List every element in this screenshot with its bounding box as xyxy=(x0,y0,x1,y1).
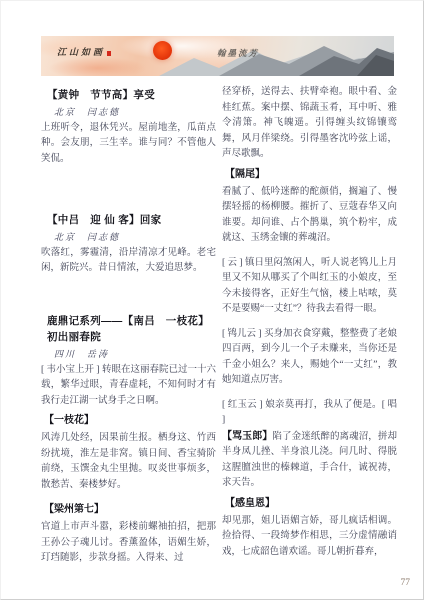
paragraph: 上班听令，退休凭兴。屋前地垄，瓜苗点种。会友朋，三生幸。谁与同？不管他人笑侃。 xyxy=(41,121,216,168)
paragraph: [ 云 ] 镇日里闷煞闲人，听人说老鸨儿上月里又不知从哪买了个叫红玉的小娘皮，至… xyxy=(222,256,397,318)
mountains-illustration xyxy=(159,36,394,76)
paragraph: 风涛几处经，因果前生报。栖身这、竹西纷扰境，淮左是非窝。镇日间、香宝骑阶前绕，玉… xyxy=(41,431,216,493)
red-seal-icon xyxy=(107,51,111,56)
right-column: 径穿桥，送得去、扶臂牵袍。眼中看、金桂红蕉。案中摆、锦蔬玉肴，耳中听、雅令清箫。… xyxy=(222,85,397,567)
two-column-text-area: 【黄钟 节节高】享受北京 闫志德上班听令，退休凭兴。屋前地垄，瓜苗点种。会友朋，… xyxy=(41,85,397,567)
left-column: 【黄钟 节节高】享受北京 闫志德上班听令，退休凭兴。屋前地垄，瓜苗点种。会友朋，… xyxy=(41,85,216,567)
banner-calligraphy-center: 翰墨流芳 xyxy=(217,47,259,59)
tune-heading: 【一枝花】 xyxy=(41,413,216,429)
tune-heading: 【梁州第七】 xyxy=(41,502,216,518)
tune-heading: 【隔尾】 xyxy=(222,167,397,183)
tune-heading-inline: 【骂玉郎】 xyxy=(222,431,272,442)
sun-icon xyxy=(153,41,172,60)
author-line: 北京 闫志德 xyxy=(41,230,216,244)
paragraph: 看腻了、低吟迷醉的酡颜俏，搁遍了、慢摆轻摇的杨柳腰。摧折了、豆蔻春华又向谁要。却… xyxy=(222,185,397,247)
tune-heading: 【感皇恩】 xyxy=(222,496,397,512)
author-line: 四川 岳涛 xyxy=(41,347,216,361)
author-line: 北京 闫志德 xyxy=(41,105,216,119)
paragraph: 官道上市声斗嚣，彩楼前螺袖拍招，把那王孙公子魂儿讨。香薰盈体，语媚生娇，玎珰随影… xyxy=(41,520,216,567)
paragraph: 【骂玉郎】陷了金迷纸醉的离魂沼，拼却半身凤儿挫、半身浪儿浇。问几时、得脱这腥膻浊… xyxy=(222,429,397,492)
paragraph: [ 鸨儿云 ] 买身加衣食穿戴，整整费了老娘四百两，到今儿一个子未赚来，当你还是… xyxy=(222,327,397,389)
banner-calligraphy-left: 江山如画 xyxy=(57,45,105,58)
paragraph: [ 红玉云 ] 娘亲莫再打，我从了便是。[ 唱 ] xyxy=(222,398,397,429)
paragraph: 吹落红，雾霾清，沿岸清凉才见峰。老宅闲，新院兴。昔日情浓，大爱追思梦。 xyxy=(41,246,216,277)
paragraph: [ 韦小宝上开 ] 转眼在这丽春院已过一十六载，繁华过眼，青春虚耗，不知何时才有… xyxy=(41,363,216,410)
paragraph: 径穿桥，送得去、扶臂牵袍。眼中看、金桂红蕉。案中摆、锦蔬玉肴，耳中听、雅令清箫。… xyxy=(222,85,397,163)
header-banner-painting: 江山如画 翰墨流芳 xyxy=(41,36,394,76)
page-number: 77 xyxy=(401,578,411,588)
section-title: 【中吕 迎 仙 客】回家 xyxy=(41,212,216,229)
paragraph: 却见那，姐儿语媚言娇，哥儿疯话相调。捡拾得、一段绮梦作相思，三分虚情融诮戏，七成… xyxy=(222,514,397,561)
section-title: 【黄钟 节节高】享受 xyxy=(41,87,216,104)
section-title: 鹿鼎记系列——【南吕 一枝花】初出丽春院 xyxy=(41,313,216,346)
document-page: 江山如画 翰墨流芳 【黄钟 节节高】享受北京 闫志德上班听令，退休凭兴。屋前地垄… xyxy=(0,0,424,600)
